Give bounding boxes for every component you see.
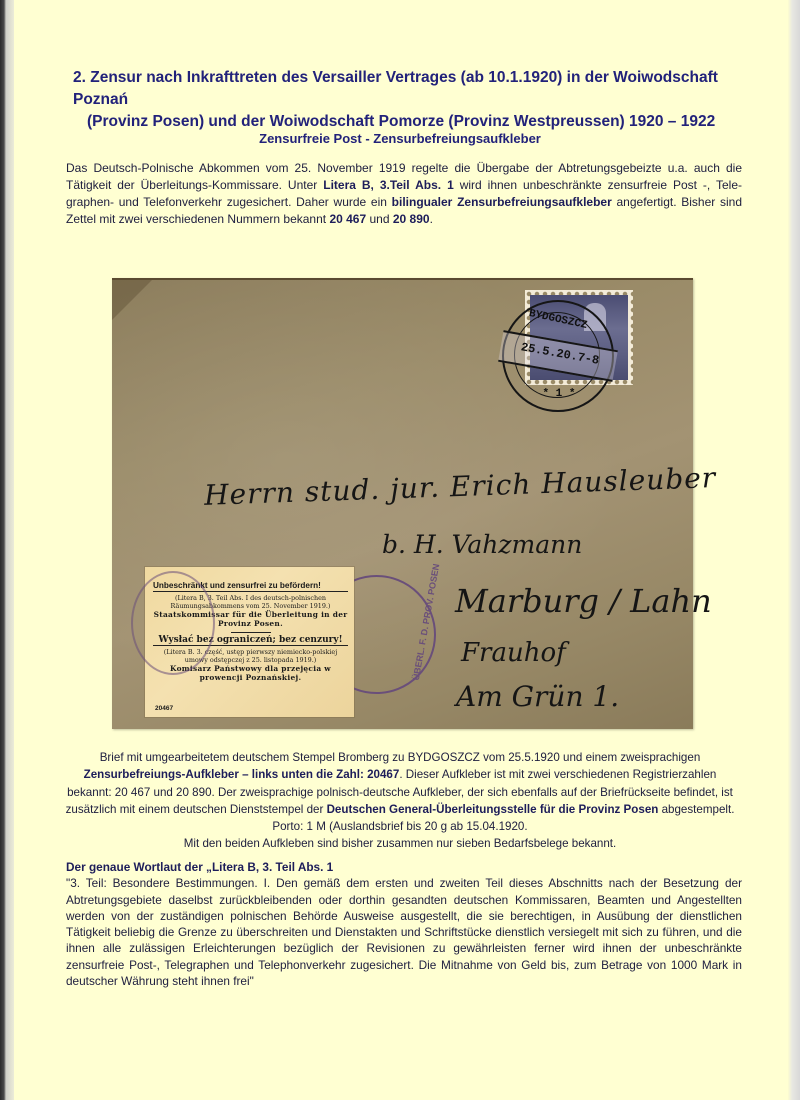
address-line-4: Frauhof (461, 638, 566, 668)
address-line-1: Herrn stud. jur. Erich Hausleuber (204, 461, 717, 512)
caption-text-last: Mit den beiden Aufkleben sind bisher zus… (184, 837, 616, 850)
intro-bold-litera: Litera B, 3.Teil Abs. 1 (323, 178, 454, 192)
postmark-office: * 1 * (524, 388, 594, 400)
censorship-exemption-label: Unbeschränkt und zensurfrei zu befördern… (145, 567, 354, 717)
envelope-image: BYDGOSZCZ 25.5.20.7-8 * 1 * Herrn stud. … (112, 278, 693, 729)
intro-paragraph: Das Deutsch-Polnische Abkommen vom 25. N… (66, 160, 742, 228)
label-registration-number: 20467 (155, 705, 173, 712)
label-divider (231, 632, 271, 633)
page-right-edge (788, 0, 800, 1100)
caption-bold-office: Deutschen General-Überleitungsstelle für… (327, 803, 659, 816)
litera-b-quote: Der genaue Wortlaut der „Litera B, 3. Te… (66, 859, 742, 989)
caption-bold-label: Zensurbefreiungs-Aufkleber – links unten… (84, 768, 400, 781)
title-line-1: 2. Zensur nach Inkrafttreten des Versail… (73, 69, 718, 108)
title-line-2: (Provinz Posen) und der Woiwodschaft Pom… (73, 111, 753, 133)
page-title: 2. Zensur nach Inkrafttreten des Versail… (73, 67, 753, 133)
address-line-2: b. H. Vahzmann (382, 530, 582, 559)
quote-heading: Der genaue Wortlaut der „Litera B, 3. Te… (66, 859, 742, 875)
postmark-cancel: BYDGOSZCZ 25.5.20.7-8 * 1 * (502, 300, 614, 412)
address-line-5: Am Grün 1. (456, 680, 619, 713)
intro-bold-number-2: 20 890 (393, 212, 430, 226)
envelope-caption: Brief mit umgearbeitetem deutschem Stemp… (60, 749, 740, 853)
violet-cancel-text: ÜBERL. F. D. PROV. POSEN (411, 563, 441, 681)
caption-text: Brief mit umgearbeitetem deutschem Stemp… (100, 751, 701, 764)
address-line-3: Marburg / Lahn (455, 582, 712, 620)
intro-text: . (430, 212, 433, 226)
page-left-edge (0, 0, 14, 1100)
quote-body: "3. Teil: Besondere Bestimmungen. I. Den… (66, 876, 742, 988)
intro-text: und (366, 212, 393, 226)
page-subtitle: Zensurfreie Post - Zensurbefreiungsaufkl… (0, 131, 800, 146)
intro-bold-label: bilingualer Zensurbefreiungsaufkleber (392, 195, 612, 209)
intro-bold-number-1: 20 467 (329, 212, 366, 226)
violet-cancel-overlay (131, 571, 215, 675)
envelope-flap-shadow (112, 280, 152, 320)
